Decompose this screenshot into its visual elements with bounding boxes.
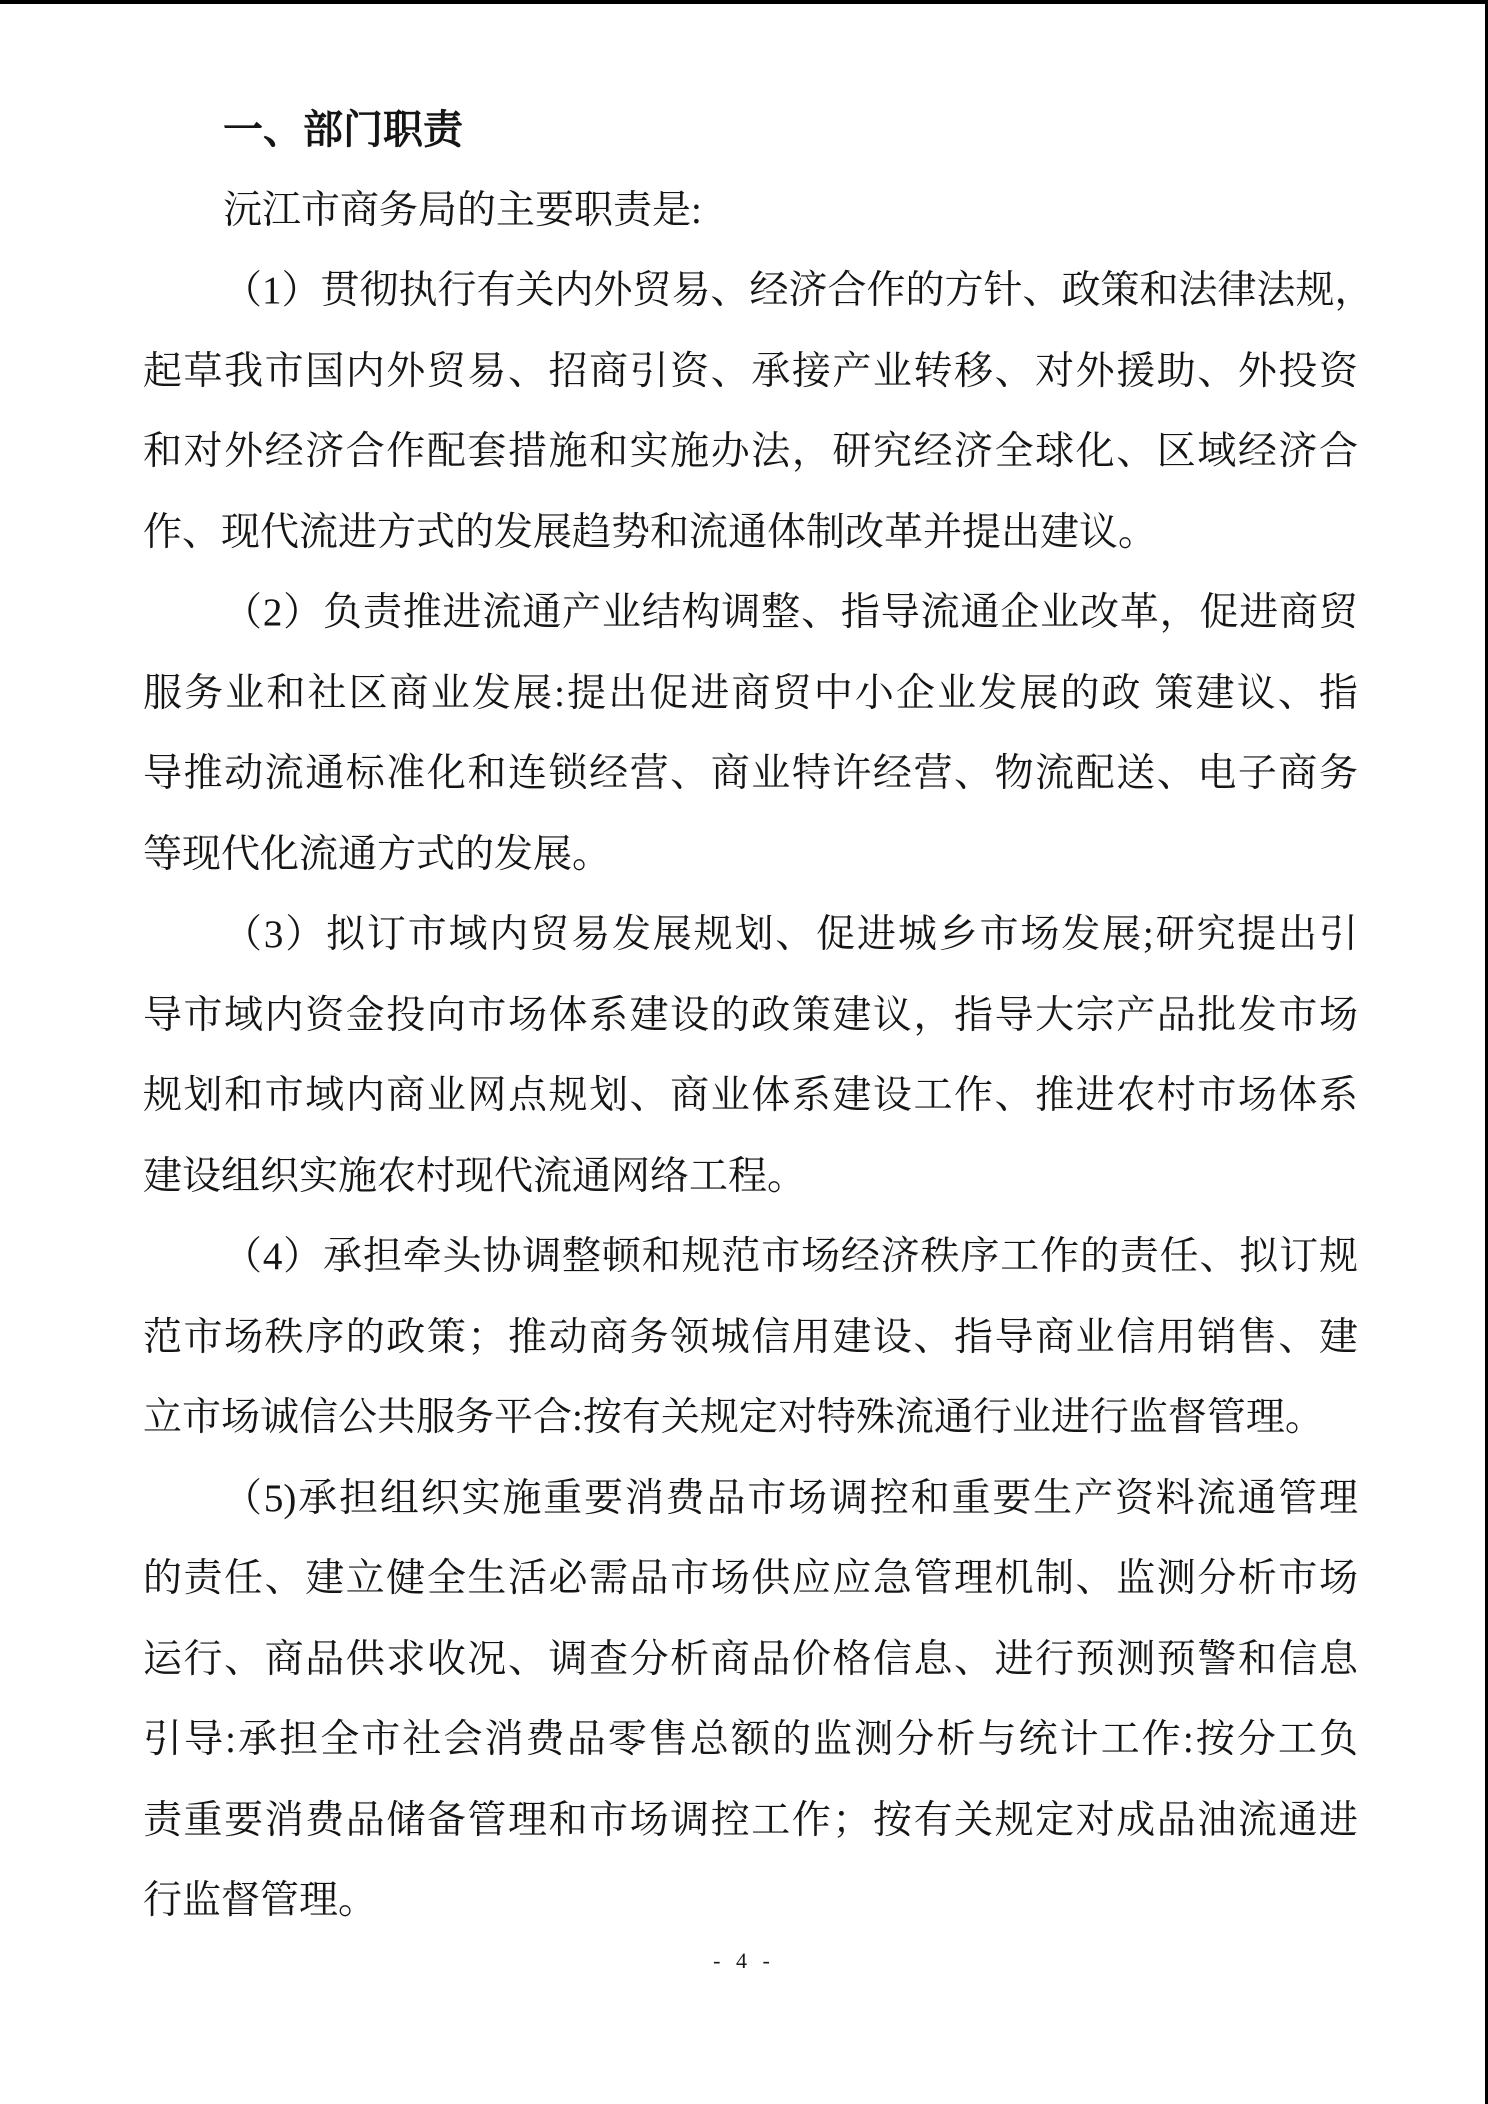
para-5-line-4: 引导:承担全市社会消费品零售总额的监测分析与统计工作:按分工负 — [143, 1700, 1358, 1781]
para-3-line-3: 规划和市域内商业网点规划、商业体系建设工作、推进农村市场体系 — [143, 1056, 1358, 1137]
para-2-line-2: 服务业和社区商业发展:提出促进商贸中小企业发展的政 策建议、指 — [143, 654, 1358, 735]
para-2-line-1: （2）负责推进流通产业结构调整、指导流通企业改革，促进商贸 — [143, 573, 1358, 654]
para-3-line-1: （3）拟订市域内贸易发展规划、促进城乡市场发展;研究提出引 — [143, 895, 1358, 976]
page-footer: - 4 - — [0, 1948, 1488, 1974]
page-top-border-line — [0, 0, 1488, 4]
page-number: - 4 - — [713, 1948, 775, 1973]
para-5-line-2: 的责任、建立健全生活必需品市场供应应急管理机制、监测分析市场 — [143, 1539, 1358, 1620]
para-5-line-3: 运行、商品供求收况、调查分析商品价格信息、进行预测预警和信息 — [143, 1620, 1358, 1701]
para-2-line-3: 导推动流通标准化和连锁经营、商业特许经营、物流配送、电子商务 — [143, 734, 1358, 815]
para-5-line-6: 行监督管理。 — [143, 1861, 1358, 1942]
para-5-line-5: 责重要消费品储备管理和市场调控工作；按有关规定对成品油流通进 — [143, 1781, 1358, 1862]
para-4-line-1: （4）承担牵头协调整顿和规范市场经济秩序工作的责任、拟订规 — [143, 1217, 1358, 1298]
para-3-line-2: 导市域内资金投向市场体系建设的政策建议，指导大宗产品批发市场 — [143, 976, 1358, 1057]
intro-line: 沅江市商务局的主要职责是: — [143, 171, 1358, 252]
document-body: 一、部门职责 沅江市商务局的主要职责是: （1）贯彻执行有关内外贸易、经济合作的… — [143, 90, 1358, 1942]
para-3-line-4: 建设组织实施农村现代流通网络工程。 — [143, 1137, 1358, 1218]
document-page: 一、部门职责 沅江市商务局的主要职责是: （1）贯彻执行有关内外贸易、经济合作的… — [0, 0, 1488, 2104]
para-4-line-2: 范市场秩序的政策；推动商务领城信用建设、指导商业信用销售、建 — [143, 1298, 1358, 1379]
para-1-line-2: 起草我市国内外贸易、招商引资、承接产业转移、对外援助、外投资 — [143, 332, 1358, 413]
para-1-line-1: （1）贯彻执行有关内外贸易、经济合作的方针、政策和法律法规， — [143, 251, 1358, 332]
para-1-line-4: 作、现代流进方式的发展趋势和流通体制改革并提出建议。 — [143, 493, 1358, 574]
para-2-line-4: 等现代化流通方式的发展。 — [143, 815, 1358, 896]
para-4-line-3: 立市场诚信公共服务平合:按有关规定对特殊流通行业进行监督管理。 — [143, 1378, 1358, 1459]
para-5-line-1: （5)承担组织实施重要消费品市场调控和重要生产资料流通管理 — [143, 1459, 1358, 1540]
para-1-line-3: 和对外经济合作配套措施和实施办法，研究经济全球化、区域经济合 — [143, 412, 1358, 493]
section-heading: 一、部门职责 — [143, 90, 1358, 171]
